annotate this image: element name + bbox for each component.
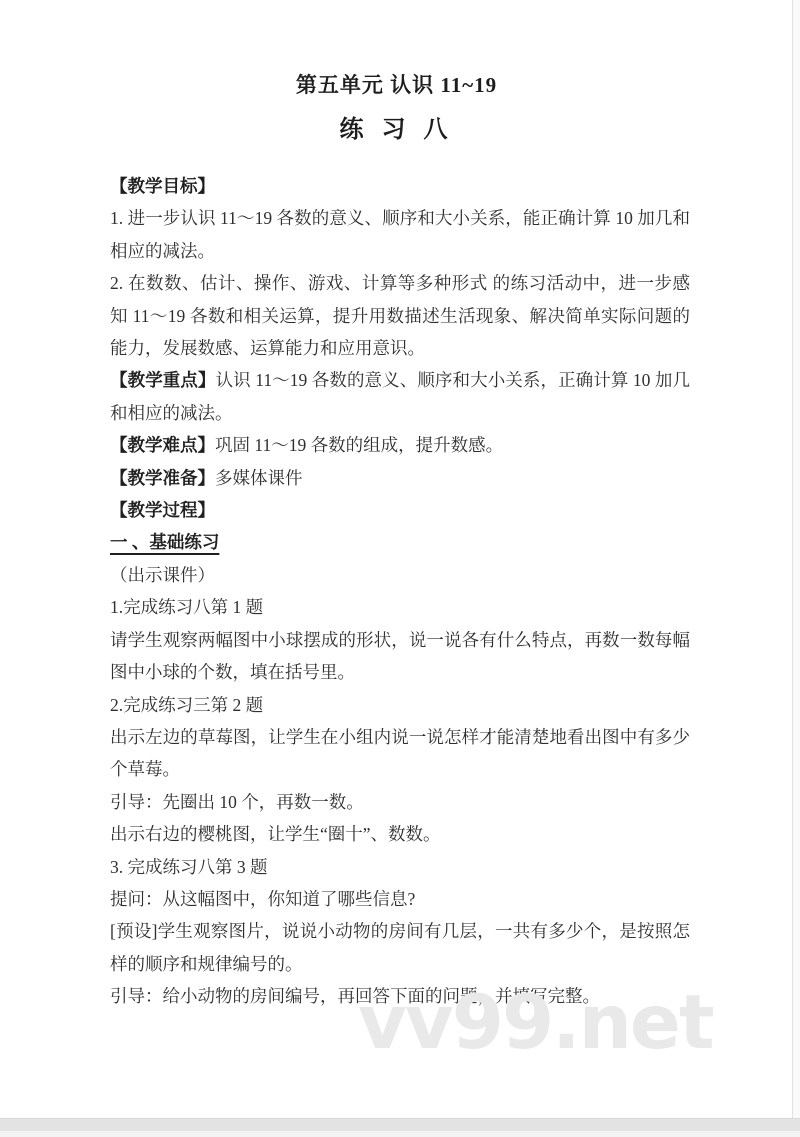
document-header: 第五单元 认识 11~19 练 习 八 xyxy=(0,70,793,147)
doc-paragraph: 3. 完成练习八第 3 题 xyxy=(110,851,690,883)
doc-paragraph: 出示左边的草莓图，让学生在小组内说一说怎样才能清楚地看出图中有多少个草莓。 xyxy=(110,721,690,786)
lesson-title: 练 习 八 xyxy=(0,113,793,147)
doc-paragraph: 2.完成练习三第 2 题 xyxy=(110,689,690,721)
doc-text: 多媒体课件 xyxy=(215,468,303,488)
page-bottom-gap xyxy=(0,1118,800,1131)
doc-labeled-paragraph: 【教学准备】多媒体课件 xyxy=(110,462,690,494)
document-page: 第五单元 认识 11~19 练 习 八 【教学目标】1. 进一步认识 11～19… xyxy=(0,0,800,1137)
doc-heading: 【教学目标】 xyxy=(110,170,690,202)
doc-paragraph: [预设]学生观察图片，说说小动物的房间有几层，一共有多少个，是按照怎样的顺序和规… xyxy=(110,915,690,980)
doc-labeled-paragraph: 【教学重点】认识 11～19 各数的意义、顺序和大小关系，正确计算 10 加几和… xyxy=(110,364,690,429)
doc-section-heading: 一 、基础练习 xyxy=(110,526,690,558)
doc-paragraph: 1.完成练习八第 1 题 xyxy=(110,591,690,623)
page-right-edge xyxy=(792,0,800,1118)
doc-label: 【教学重点】 xyxy=(110,370,216,390)
doc-paragraph: 2. 在数数、估计、操作、游戏、计算等多种形式 的练习活动中，进一步感知 11～… xyxy=(110,267,690,364)
doc-paragraph: 1. 进一步认识 11～19 各数的意义、顺序和大小关系，能正确计算 10 加几… xyxy=(110,202,690,267)
watermark-text: vv99.net xyxy=(358,985,713,1060)
doc-text: 一 、基础练习 xyxy=(110,532,219,552)
next-page-sliver xyxy=(0,1131,800,1137)
doc-paragraph: 出示右边的樱桃图，让学生“圈十”、数数。 xyxy=(110,818,690,850)
document-body: 【教学目标】1. 进一步认识 11～19 各数的意义、顺序和大小关系，能正确计算… xyxy=(110,170,690,1013)
doc-paragraph: 请学生观察两幅图中小球摆成的形状，说一说各有什么特点，再数一数每幅图中小球的个数… xyxy=(110,624,690,689)
doc-label: 【教学难点】 xyxy=(110,435,215,455)
doc-paragraph: （出示课件） xyxy=(110,559,690,591)
doc-text: 巩固 11～19 各数的组成，提升数感。 xyxy=(215,435,503,455)
doc-label: 【教学准备】 xyxy=(110,468,215,488)
unit-title: 第五单元 认识 11~19 xyxy=(0,70,793,100)
doc-paragraph: 引导：先圈出 10 个，再数一数。 xyxy=(110,786,690,818)
doc-paragraph: 提问：从这幅图中，你知道了哪些信息? xyxy=(110,883,690,915)
doc-labeled-paragraph: 【教学难点】巩固 11～19 各数的组成，提升数感。 xyxy=(110,429,690,461)
doc-heading: 【教学过程】 xyxy=(110,494,690,526)
